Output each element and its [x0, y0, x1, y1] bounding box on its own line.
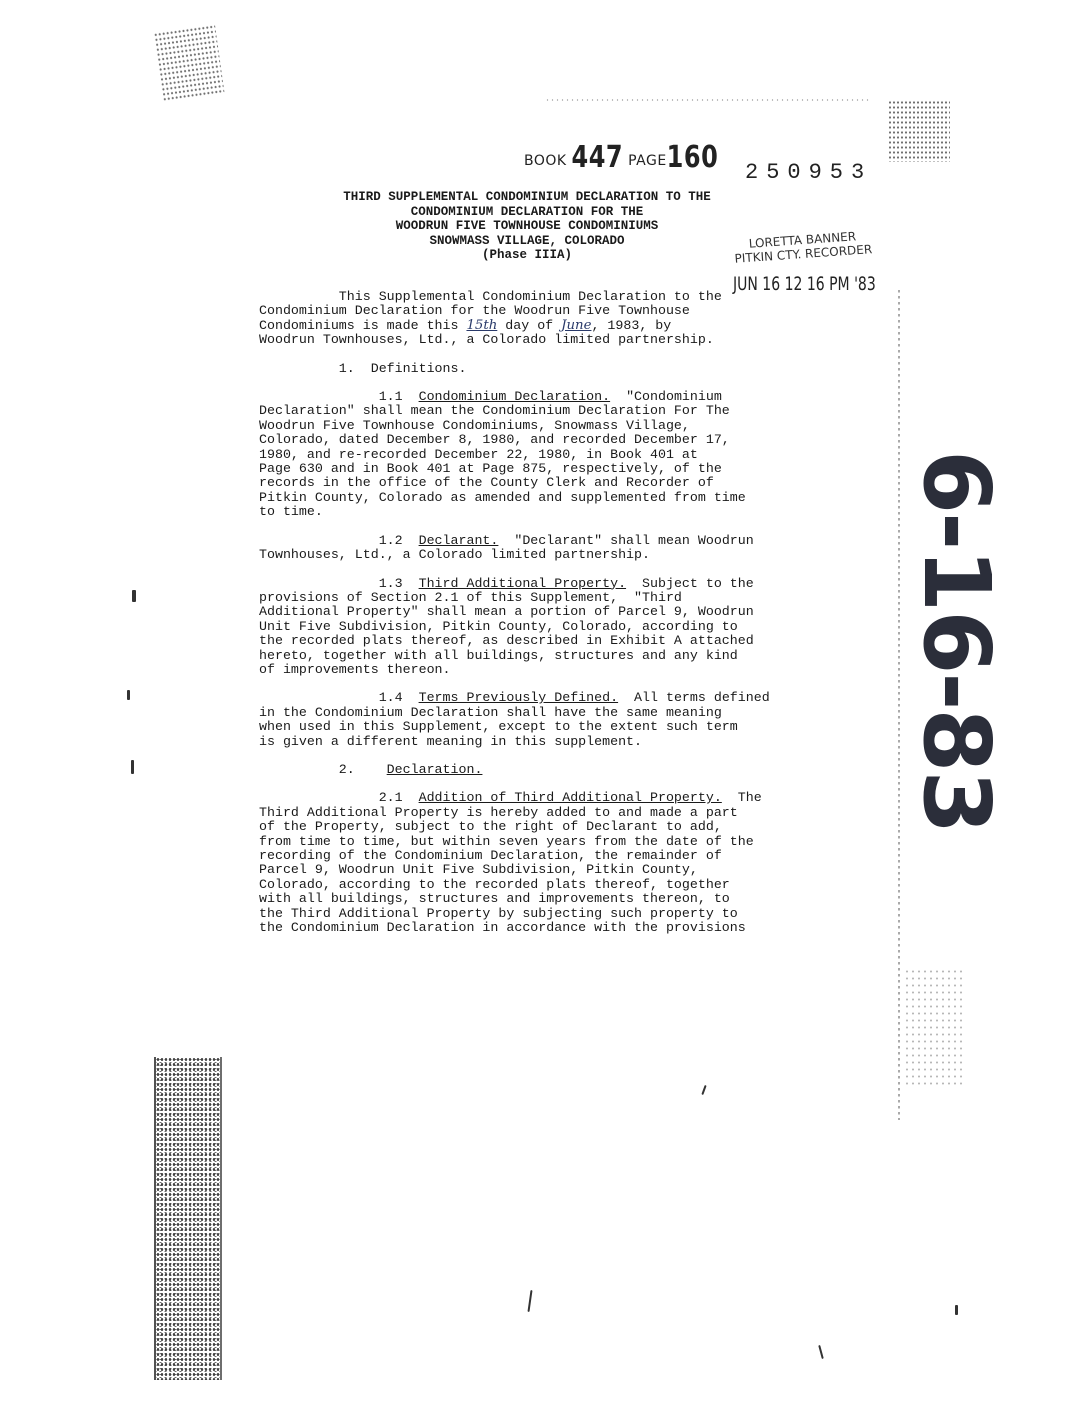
body-line: Pitkin County, Colorado as amended and s… — [259, 491, 819, 505]
speck — [701, 1085, 706, 1095]
scan-right-edge-line — [898, 290, 900, 1120]
section-2-1: 2.1 Addition of Third Additional Propert… — [259, 791, 819, 805]
handwritten-margin-date: 6-16-83 — [903, 450, 1010, 832]
section-title: Declarant. — [419, 533, 499, 548]
body-line: of improvements thereon. — [259, 663, 819, 677]
section-title: Terms Previously Defined. — [419, 690, 619, 705]
section-1-2: 1.2 Declarant. "Declarant" shall mean Wo… — [259, 534, 819, 548]
scan-strip-bottom-left — [154, 1057, 222, 1380]
section-number: 1.1 — [259, 389, 419, 404]
body-text: "Declarant" shall mean Woodrun — [498, 533, 753, 548]
page-label: PAGE — [628, 153, 667, 169]
intro-line: Condominium Declaration for the Woodrun … — [259, 304, 819, 318]
document-title: THIRD SUPPLEMENTAL CONDOMINIUM DECLARATI… — [312, 190, 742, 263]
section-number: 1.3 — [259, 576, 419, 591]
intro-line: This Supplemental Condominium Declaratio… — [259, 290, 819, 304]
scan-noise-right — [904, 968, 964, 1088]
body-line: in the Condominium Declaration shall hav… — [259, 706, 819, 720]
title-line: SNOWMASS VILLAGE, COLORADO — [312, 234, 742, 249]
section-title: Addition of Third Additional Property. — [419, 790, 722, 805]
section-1-4: 1.4 Terms Previously Defined. All terms … — [259, 691, 819, 705]
body-line: Parcel 9, Woodrun Unit Five Subdivision,… — [259, 863, 819, 877]
body-line: hereto, together with all buildings, str… — [259, 649, 819, 663]
intro-line: Condominiums is made this 15th day of Ju… — [259, 319, 819, 333]
body-line: the recorded plats thereof, as described… — [259, 634, 819, 648]
speck — [132, 590, 136, 602]
body-line: is given a different meaning in this sup… — [259, 735, 819, 749]
scan-noise-top-right — [888, 100, 950, 162]
section-number: 1.4 — [259, 690, 419, 705]
scanned-page: BOOK 447 PAGE160 250953 LORETTA BANNER P… — [0, 0, 1088, 1408]
body-line: Colorado, dated December 8, 1980, and re… — [259, 433, 819, 447]
body-line: from time to time, but within seven year… — [259, 835, 819, 849]
speck — [818, 1345, 824, 1359]
body-line: 1980, and re-recorded December 22, 1980,… — [259, 448, 819, 462]
body-line: Declaration" shall mean the Condominium … — [259, 404, 819, 418]
body-line: records in the office of the County Cler… — [259, 476, 819, 490]
section-1-1: 1.1 Condominium Declaration. "Condominiu… — [259, 390, 819, 404]
intro-line: Woodrun Townhouses, Ltd., a Colorado lim… — [259, 333, 819, 347]
body-line: Page 630 and in Book 401 at Page 875, re… — [259, 462, 819, 476]
speck — [131, 760, 134, 774]
body-text: "Condominium — [610, 389, 722, 404]
speck — [527, 1290, 532, 1312]
body-text: Subject to the — [626, 576, 754, 591]
handwritten-day: 15th — [466, 318, 497, 333]
section-number: 2. — [259, 762, 387, 777]
body-line: recording of the Condominium Declaration… — [259, 849, 819, 863]
body-line: Third Additional Property is hereby adde… — [259, 806, 819, 820]
scan-top-edge-line — [545, 99, 870, 101]
page-number: 160 — [667, 140, 719, 175]
speck — [955, 1305, 958, 1315]
body-line: Townhouses, Ltd., a Colorado limited par… — [259, 548, 819, 562]
body-line: the Condominium Declaration in accordanc… — [259, 921, 819, 935]
body-text: All terms defined — [618, 690, 770, 705]
reception-number: 250953 — [745, 160, 872, 185]
body-line: when used in this Supplement, except to … — [259, 720, 819, 734]
body-line: with all buildings, structures and impro… — [259, 892, 819, 906]
title-line: (Phase IIIA) — [312, 248, 742, 263]
body-line: Additional Property" shall mean a portio… — [259, 605, 819, 619]
book-number: 447 — [572, 140, 624, 175]
body-line: provisions of Section 2.1 of this Supple… — [259, 591, 819, 605]
body-line: the Third Additional Property by subject… — [259, 907, 819, 921]
body-line: Woodrun Five Townhouse Condominiums, Sno… — [259, 419, 819, 433]
speck — [127, 690, 130, 700]
body-line: Colorado, according to the recorded plat… — [259, 878, 819, 892]
section-number: 1.2 — [259, 533, 419, 548]
body-line: Unit Five Subdivision, Pitkin County, Co… — [259, 620, 819, 634]
title-line: THIRD SUPPLEMENTAL CONDOMINIUM DECLARATI… — [312, 190, 742, 205]
body-text: The — [722, 790, 762, 805]
book-label: BOOK — [524, 153, 567, 169]
handwritten-month: June — [561, 318, 591, 333]
scan-noise-top-left — [153, 24, 224, 102]
intro-text: Condominiums is made this — [259, 318, 466, 333]
recorder-stamp: LORETTA BANNER PITKIN CTY. RECORDER — [733, 228, 872, 266]
book-page-stamp: BOOK 447 PAGE160 — [524, 143, 718, 171]
intro-text: day of — [497, 318, 561, 333]
section-1-heading: 1. Definitions. — [259, 362, 819, 376]
section-number: 2.1 — [259, 790, 419, 805]
title-line: CONDOMINIUM DECLARATION FOR THE — [312, 205, 742, 220]
body-line: of the Property, subject to the right of… — [259, 820, 819, 834]
section-title: Third Additional Property. — [419, 576, 626, 591]
section-2-heading: 2. Declaration. — [259, 763, 819, 777]
section-title: Declaration. — [387, 762, 483, 777]
section-1-3: 1.3 Third Additional Property. Subject t… — [259, 577, 819, 591]
document-body: This Supplemental Condominium Declaratio… — [259, 290, 819, 935]
section-title: Condominium Declaration. — [419, 389, 611, 404]
title-line: WOODRUN FIVE TOWNHOUSE CONDOMINIUMS — [312, 219, 742, 234]
intro-text: , 1983, by — [591, 318, 671, 333]
body-line: to time. — [259, 505, 819, 519]
